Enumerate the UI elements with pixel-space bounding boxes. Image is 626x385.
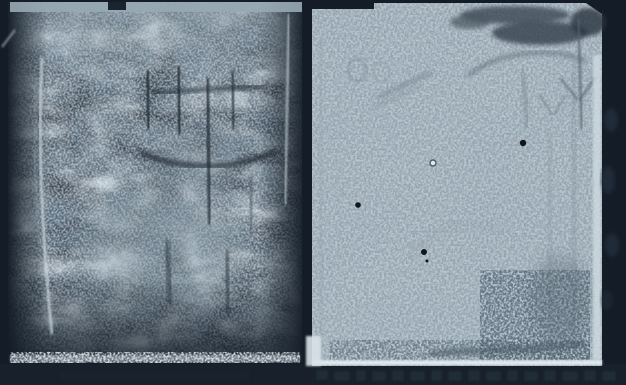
right-panel-bottom-highlight (312, 360, 602, 365)
left-panel-top-notch (108, 2, 126, 10)
dark-spot (426, 260, 429, 263)
top-margin-overlap (312, 0, 374, 9)
faint-streak (320, 40, 322, 360)
left-photo-panel (2, 2, 302, 363)
dark-spot (520, 140, 526, 146)
dark-drip (147, 70, 149, 130)
faint-streak (338, 80, 340, 350)
left-panel-bottom-shadow (8, 275, 302, 363)
scanned-photo-plate (0, 0, 626, 385)
dark-smudge (530, 255, 590, 345)
bottom-speckle (330, 340, 590, 362)
left-panel-top-glow (8, 2, 302, 87)
left-panel-top-strip (10, 2, 302, 12)
ring-spot (430, 160, 436, 166)
dark-drip (250, 175, 252, 230)
right-photo-panel (306, 0, 606, 366)
dark-spot (355, 202, 361, 208)
left-panel-bottom-speckle (10, 352, 300, 363)
dark-drip (232, 70, 234, 130)
dark-drip (178, 66, 180, 135)
dark-spot (421, 249, 427, 255)
dark-blotch (450, 15, 490, 29)
plate-canvas (0, 0, 626, 385)
right-panel-corner-highlight (306, 336, 321, 366)
bleed-through-faint-left (60, 371, 250, 380)
right-panel-right-highlight (593, 55, 601, 360)
